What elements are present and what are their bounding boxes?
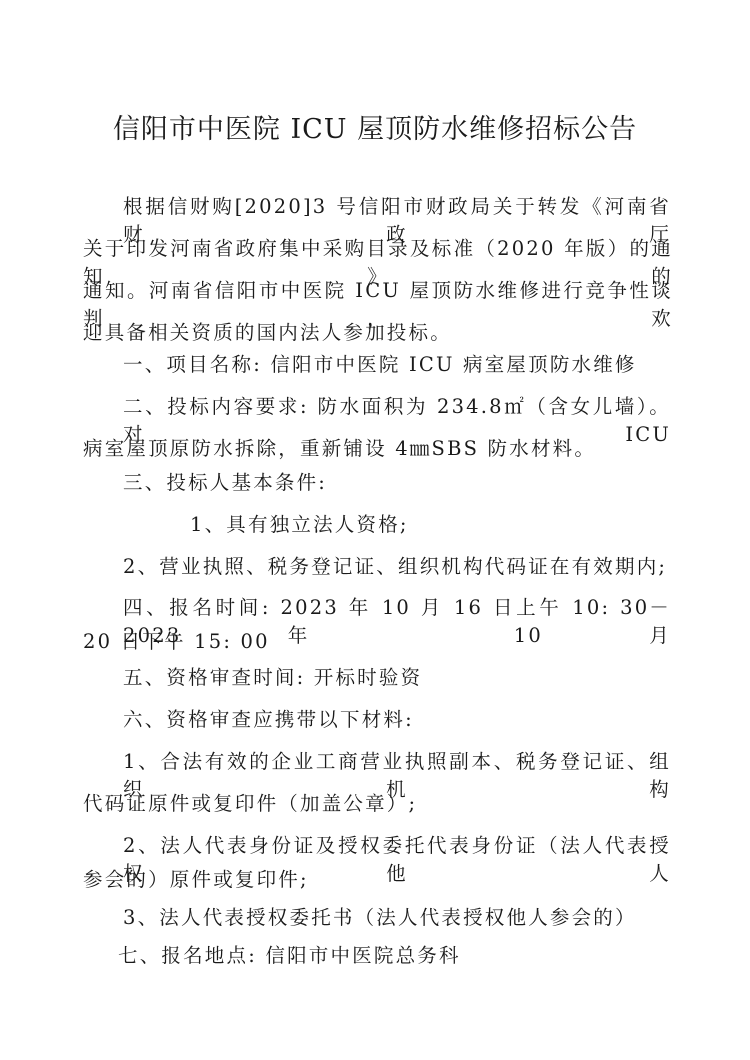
section-6-item-2-line-2: 参会的）原件或复印件; xyxy=(83,866,673,894)
section-2-line-2: 病室屋顶原防水拆除，重新铺设 4㎜SBS 防水材料。 xyxy=(83,435,673,463)
section-6-item-3: 3、法人代表授权委托书（法人代表授权他人参会的） xyxy=(123,904,713,932)
intro-line-4: 迎具备相关资质的国内法人参加投标。 xyxy=(83,319,673,347)
section-6-item-1-line-2: 代码证原件或复印件（加盖公章）; xyxy=(83,790,673,818)
section-4-line-2: 20 日下午 15: 00 xyxy=(83,628,673,656)
document-page: 信阳市中医院 ICU 屋顶防水维修招标公告 根据信财购[2020]3 号信阳市财… xyxy=(0,0,750,1060)
section-3-item-2: 2、营业执照、税务登记证、组织机构代码证在有效期内; xyxy=(123,553,713,581)
section-3-item-1: 1、具有独立法人资格; xyxy=(190,511,750,539)
document-title: 信阳市中医院 ICU 屋顶防水维修招标公告 xyxy=(0,110,750,150)
section-6-heading: 六、资格审查应携带以下材料: xyxy=(123,706,713,734)
section-1-project-name: 一、项目名称: 信阳市中医院 ICU 病室屋顶防水维修 xyxy=(123,351,713,379)
section-7-registration-location: 七、报名地点: 信阳市中医院总务科 xyxy=(118,942,708,970)
section-3-heading: 三、投标人基本条件: xyxy=(123,469,713,497)
section-5-review-time: 五、资格审查时间: 开标时验资 xyxy=(123,664,713,692)
